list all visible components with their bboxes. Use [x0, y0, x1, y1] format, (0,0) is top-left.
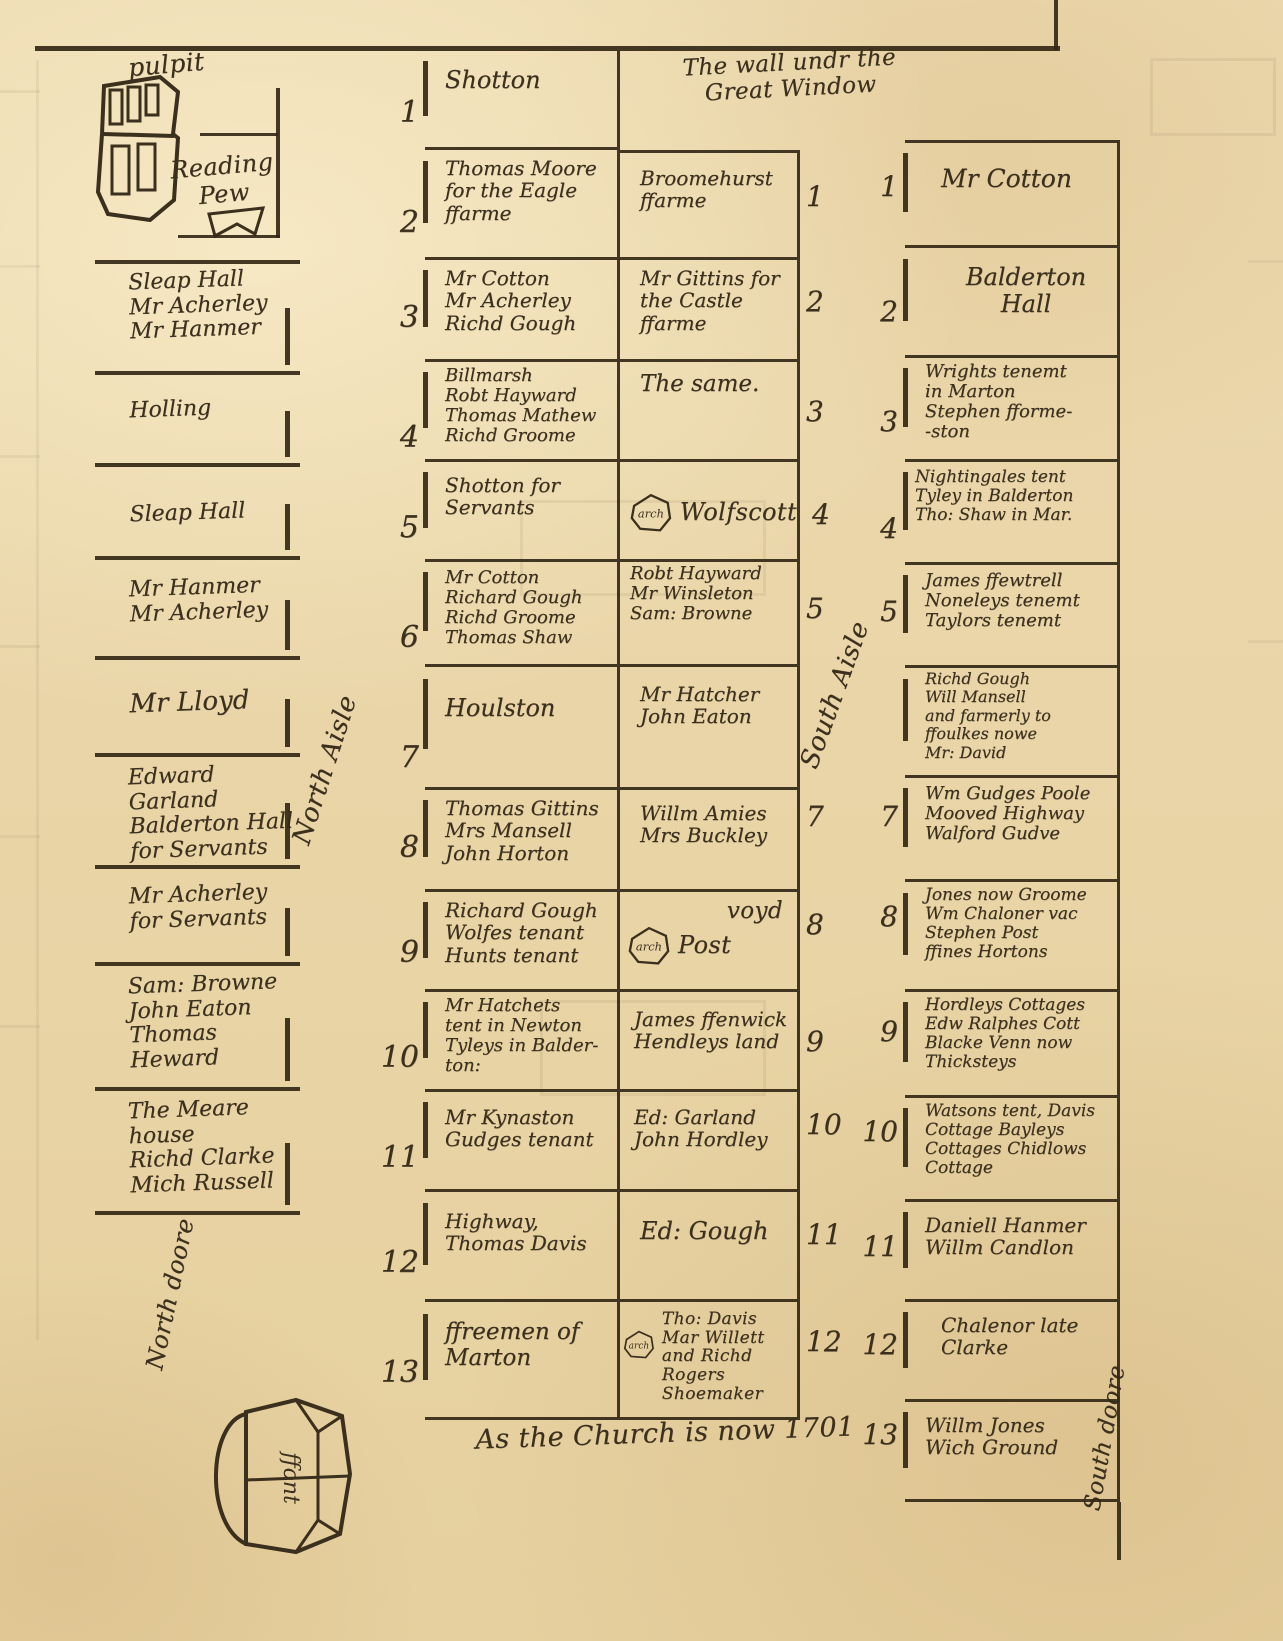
bleedthrough	[0, 265, 40, 268]
seat-label: Daniell Hanmer Willm Candlon	[905, 1202, 1117, 1259]
seat-label: Mr Gittins for the Castle ffarme	[620, 260, 797, 334]
seat-label: Willm Amies Mrs Buckley	[620, 790, 797, 847]
seat-number: 9	[862, 1015, 898, 1048]
seat-label: Robt Hayward Mr Winsleton Sam: Browne	[620, 562, 797, 624]
seat-number: 5	[862, 595, 898, 628]
seat-number: 11	[806, 1218, 842, 1251]
arch-marker: arch	[622, 1324, 656, 1364]
seat-number: 10	[806, 1108, 842, 1141]
voyd-label: voyd	[727, 898, 783, 924]
seat-label: The same.	[620, 362, 797, 398]
seat-label: Mr Kynaston Gudges tenant	[425, 1092, 617, 1151]
bleedthrough	[0, 835, 40, 838]
seat-number: 9	[385, 935, 419, 970]
seat-number: 12	[377, 1245, 419, 1280]
seat-label: Jones now Groome Wm Chaloner vac Stephen…	[905, 882, 1117, 962]
seat-number: 8	[385, 830, 419, 865]
pew-row: Sam: Browne John Eaton Thomas Heward	[95, 966, 300, 1091]
seat-number: 10	[377, 1040, 419, 1075]
seat-cell: Houlston	[425, 667, 620, 790]
seat-label: Post	[678, 931, 731, 959]
seat-number: 11	[377, 1140, 419, 1175]
seat-label: ffreemen of Marton	[425, 1302, 617, 1372]
seat-cell: Ed: Garland John Hordley	[620, 1092, 800, 1192]
seat-cell: ffreemen of Marton	[425, 1302, 620, 1420]
seat-number: 12	[806, 1325, 842, 1358]
seat-cell: arch Tho: Davis Mar Willett and Richd Ro…	[620, 1302, 800, 1420]
font-sketch: ffont	[200, 1392, 355, 1567]
seat-number: 2	[385, 205, 419, 240]
seat-label: Wm Gudges Poole Mooved Highway Walford G…	[905, 778, 1117, 844]
seat-label: Houlston	[425, 667, 617, 722]
seat-cell: Richard Gough Wolfes tenant Hunts tenant	[425, 892, 620, 992]
pew-label: Edward Garland Balderton Hall for Servan…	[93, 753, 302, 866]
seat-label: Mr Hatcher John Eaton	[620, 667, 797, 728]
seat-cell: Ed: Gough	[620, 1192, 800, 1302]
pew-label: Holling	[94, 371, 301, 425]
bleedthrough	[1248, 260, 1283, 263]
seat-label: Mr Cotton Mr Acherley Richd Gough	[425, 260, 617, 334]
seat-number: 3	[806, 395, 824, 428]
reading-pew-line	[200, 133, 278, 136]
seat-number: 10	[854, 1115, 898, 1148]
seat-number: 8	[862, 900, 898, 933]
seat-cell: The same.	[620, 362, 800, 462]
seat-cell: Mr Cotton	[905, 140, 1120, 248]
seat-number: 13	[377, 1355, 419, 1390]
south-wall-line	[1117, 1502, 1121, 1560]
bleedthrough	[0, 1025, 40, 1028]
seat-cell: Shotton for Servants	[425, 462, 620, 562]
pew-label: Sleap Hall Mr Acherley Mr Hanmer	[94, 258, 302, 346]
seat-label: Thomas Gittins Mrs Mansell John Horton	[425, 790, 617, 864]
seat-cell: Billmarsh Robt Hayward Thomas Mathew Ric…	[425, 362, 620, 462]
bleedthrough	[36, 60, 39, 1340]
seat-cell: voyd arch Post	[620, 892, 800, 992]
seat-number: 6	[385, 620, 419, 655]
pew-row: Sleap Hall Mr Acherley Mr Hanmer	[95, 262, 300, 375]
seat-cell: James ffewtrell Noneleys tenemt Taylors …	[905, 565, 1120, 668]
north-door-label: North doore	[133, 1183, 206, 1404]
pew-row: Mr Lloyd	[95, 660, 300, 757]
seat-label: Richd Gough Will Mansell and farmerly to…	[905, 668, 1117, 762]
pew-label: The Meare house Richd Clarke Mich Russel…	[93, 1087, 302, 1200]
seat-number: 1	[862, 170, 898, 203]
seat-cell: Thomas Gittins Mrs Mansell John Horton	[425, 790, 620, 892]
seat-number: 4	[812, 498, 830, 531]
seat-number: 7	[806, 800, 824, 833]
seat-label: Wolfscott	[680, 498, 797, 526]
seat-label: Richard Gough Wolfes tenant Hunts tenant	[425, 892, 617, 966]
bleedthrough	[1150, 58, 1276, 136]
seat-number: 8	[806, 908, 824, 941]
seat-label: Balderton Hall	[905, 248, 1117, 318]
seat-cell: Daniell Hanmer Willm Candlon	[905, 1202, 1120, 1302]
seat-number: 4	[385, 420, 419, 455]
svg-text:arch: arch	[629, 1342, 650, 1352]
seat-label: Tho: Davis Mar Willett and Richd Rogers …	[662, 1310, 797, 1403]
seat-label: Shotton for Servants	[425, 462, 617, 519]
seat-number: 5	[385, 510, 419, 545]
seat-label: James ffenwick Hendleys land	[620, 992, 797, 1053]
pew-label: Mr Lloyd	[94, 656, 301, 720]
seat-number: 12	[854, 1328, 898, 1361]
reading-pew-line	[178, 235, 280, 238]
seat-number: 4	[862, 512, 898, 545]
seat-label: Chalenor late Clarke	[905, 1302, 1117, 1359]
seat-cell: Shotton	[425, 51, 620, 150]
seat-cell: Robt Hayward Mr Winsleton Sam: Browne	[620, 562, 800, 667]
arch-marker: arch	[626, 922, 672, 968]
bleedthrough	[0, 645, 40, 648]
seat-label: Highway, Thomas Davis	[425, 1192, 617, 1255]
seat-cell: arch Wolfscott	[620, 462, 800, 562]
seat-cell: Richd Gough Will Mansell and farmerly to…	[905, 668, 1120, 778]
top-corner-line	[1054, 0, 1058, 50]
seat-label: Wrights tenemt in Marton Stephen fforme-…	[905, 358, 1117, 443]
seat-cell: Wrights tenemt in Marton Stephen fforme-…	[905, 358, 1120, 462]
seat-label: Mr Cotton Richard Gough Richd Groome Tho…	[425, 562, 617, 649]
seat-number: 11	[854, 1230, 898, 1263]
seat-label: Billmarsh Robt Hayward Thomas Mathew Ric…	[425, 362, 617, 447]
seat-cell: Watsons tent, Davis Cottage Bayleys Cott…	[905, 1098, 1120, 1202]
svg-text:ffont: ffont	[278, 1450, 303, 1504]
seat-cell: Chalenor late Clarke	[905, 1302, 1120, 1402]
seat-cell: James ffenwick Hendleys land	[620, 992, 800, 1092]
seat-label: Nightingales tent Tyley in Balderton Tho…	[905, 462, 1117, 525]
seat-label: Ed: Garland John Hordley	[620, 1092, 797, 1151]
seat-number: 2	[862, 295, 898, 328]
seat-cell: Mr Hatchets tent in Newton Tyleys in Bal…	[425, 992, 620, 1092]
seat-label: Watsons tent, Davis Cottage Bayleys Cott…	[905, 1098, 1117, 1178]
seat-number: 3	[862, 405, 898, 438]
seat-cell: Thomas Moore for the Eagle ffarme	[425, 150, 620, 260]
bleedthrough	[1248, 640, 1283, 643]
seat-label: Mr Hatchets tent in Newton Tyleys in Bal…	[425, 992, 617, 1077]
seat-cell: Mr Gittins for the Castle ffarme	[620, 260, 800, 362]
pew-row: Holling	[95, 375, 300, 467]
seat-cell: Broomehurst ffarme	[620, 150, 800, 260]
pew-label: Mr Acherley for Servants	[94, 865, 301, 935]
bleedthrough	[0, 90, 40, 93]
arch-marker: arch	[628, 486, 674, 538]
svg-text:arch: arch	[636, 939, 662, 953]
seat-cell: Mr Cotton Mr Acherley Richd Gough	[425, 260, 620, 362]
seat-number: 9	[806, 1025, 824, 1058]
seat-label: Shotton	[425, 51, 617, 94]
seat-cell: Mr Hatcher John Eaton	[620, 667, 800, 790]
seat-label: Broomehurst ffarme	[620, 153, 797, 212]
seat-cell: Willm Jones Wich Ground	[905, 1402, 1120, 1502]
bleedthrough	[0, 455, 40, 458]
pew-row: Mr Acherley for Servants	[95, 869, 300, 966]
pew-label: Sleap Hall	[94, 463, 301, 529]
seat-cell: Balderton Hall	[905, 248, 1120, 358]
seat-cell: Jones now Groome Wm Chaloner vac Stephen…	[905, 882, 1120, 992]
pew-row: Edward Garland Balderton Hall for Servan…	[95, 757, 300, 869]
seat-label: Hordleys Cottages Edw Ralphes Cott Black…	[905, 992, 1117, 1072]
seat-number: 3	[385, 300, 419, 335]
seat-number: 1	[385, 95, 419, 130]
seat-number: 2	[806, 285, 824, 318]
svg-text:arch: arch	[638, 506, 664, 520]
seat-cell: Willm Amies Mrs Buckley	[620, 790, 800, 892]
seat-cell: Mr Kynaston Gudges tenant	[425, 1092, 620, 1192]
seat-label: Ed: Gough	[620, 1192, 797, 1245]
seat-label: Willm Jones Wich Ground	[905, 1402, 1117, 1459]
reading-pew-label: Reading Pew	[166, 147, 280, 212]
seat-label: James ffewtrell Noneleys tenemt Taylors …	[905, 565, 1117, 631]
seat-cell: Highway, Thomas Davis	[425, 1192, 620, 1302]
seat-number: 7	[862, 800, 898, 833]
seat-number: 5	[806, 592, 824, 625]
pew-row: Sleap Hall	[95, 467, 300, 560]
pew-label: Mr Hanmer Mr Acherley	[94, 556, 301, 628]
pew-label: Sam: Browne John Eaton Thomas Heward	[93, 962, 302, 1075]
wall-label: The wall undr the Great Window	[629, 42, 951, 111]
seat-cell: Hordleys Cottages Edw Ralphes Cott Black…	[905, 992, 1120, 1098]
seat-number: 7	[385, 740, 419, 775]
pew-row: Mr Hanmer Mr Acherley	[95, 560, 300, 660]
seat-label: Mr Cotton	[905, 143, 1117, 193]
seat-cell: Wm Gudges Poole Mooved Highway Walford G…	[905, 778, 1120, 882]
seat-number: 1	[806, 180, 824, 213]
seating-plan-page: pulpit Reading Pew Sleap Hall Mr Acherle…	[0, 0, 1283, 1641]
seat-label: Thomas Moore for the Eagle ffarme	[425, 150, 617, 224]
seat-cell: Nightingales tent Tyley in Balderton Tho…	[905, 462, 1120, 565]
seat-cell: Mr Cotton Richard Gough Richd Groome Tho…	[425, 562, 620, 667]
